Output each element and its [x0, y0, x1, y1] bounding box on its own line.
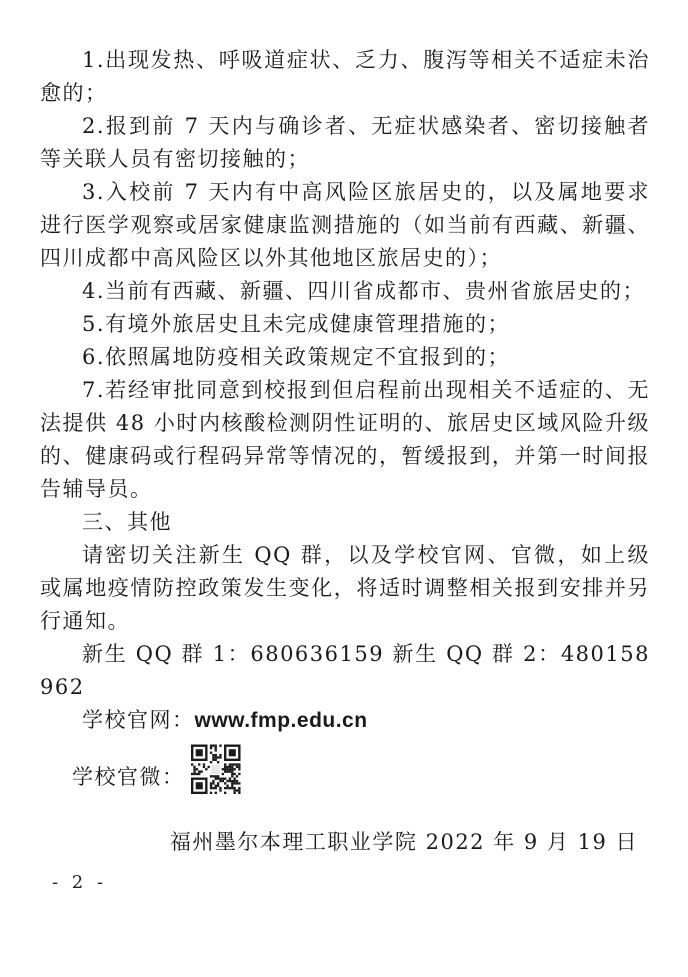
qq-group1-number: 680636159 — [250, 642, 384, 666]
document-page: 1.出现发热、呼吸道症状、乏力、腹泻等相关不适症未治愈的； 2.报到前 7 天内… — [0, 0, 688, 977]
qq-group2-label: 新生 QQ 群 2： — [392, 642, 560, 666]
list-item-3: 3.入校前 7 天内有中高风险区旅居史的，以及属地要求进行医学观察或居家健康监测… — [40, 176, 650, 275]
document-body: 1.出现发热、呼吸道症状、乏力、腹泻等相关不适症未治愈的； 2.报到前 7 天内… — [40, 44, 650, 859]
list-item-7: 7.若经审批同意到校报到但启程前出现相关不适症的、无法提供 48 小时内核酸检测… — [40, 374, 650, 506]
page-number: - 2 - — [52, 872, 107, 893]
wechat-line: 学校官微： — [40, 743, 650, 796]
signature-line: 福州墨尔本理工职业学院 2022 年 9 月 19 日 — [40, 826, 650, 859]
website-url: www.fmp.edu.cn — [195, 709, 368, 732]
section-heading-other: 三、其他 — [40, 506, 650, 539]
list-item-5: 5.有境外旅居史且未完成健康管理措施的； — [40, 308, 650, 341]
qq-groups-line: 新生 QQ 群 1：680636159 新生 QQ 群 2：480158962 — [40, 638, 650, 704]
list-item-4: 4.当前有西藏、新疆、四川省成都市、贵州省旅居史的； — [40, 275, 650, 308]
list-item-6: 6.依照属地防疫相关政策规定不宜报到的； — [40, 341, 650, 374]
website-label: 学校官网： — [82, 708, 195, 732]
list-item-2: 2.报到前 7 天内与确诊者、无症状感染者、密切接触者等关联人员有密切接触的； — [40, 110, 650, 176]
other-notice-paragraph: 请密切关注新生 QQ 群，以及学校官网、官微，如上级或属地疫情防控政策发生变化，… — [40, 539, 650, 638]
qq-group1-label: 新生 QQ 群 1： — [82, 642, 250, 666]
website-line: 学校官网：www.fmp.edu.cn — [40, 704, 650, 737]
qr-code-image — [191, 743, 241, 796]
list-item-1: 1.出现发热、呼吸道症状、乏力、腹泻等相关不适症未治愈的； — [40, 44, 650, 110]
wechat-label: 学校官微： — [72, 761, 185, 794]
